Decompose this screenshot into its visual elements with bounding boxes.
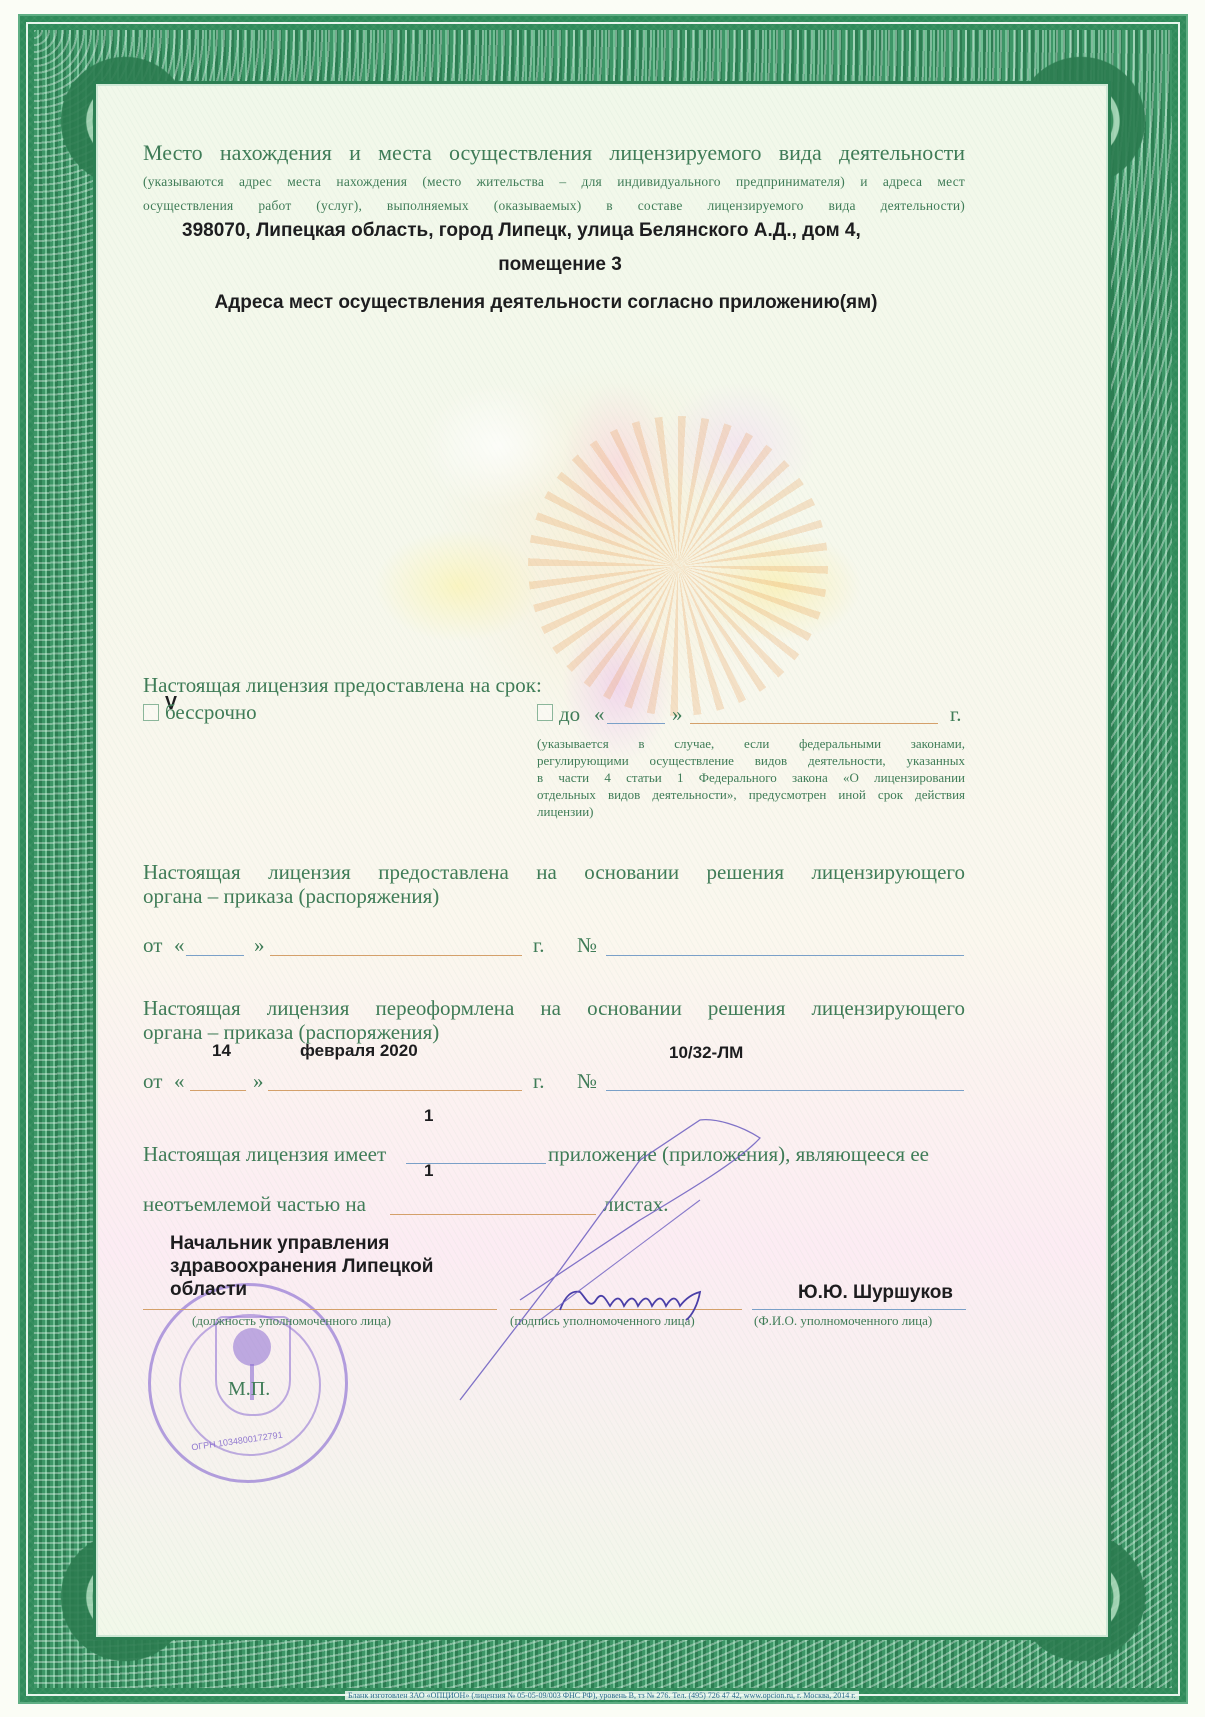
reissue-close-quote: » bbox=[253, 1069, 264, 1094]
reissue-open-quote: « bbox=[174, 1069, 185, 1094]
caption-signature: (подпись уполномоченного лица) bbox=[510, 1313, 695, 1329]
unlimited-checkbox[interactable] bbox=[143, 704, 159, 721]
position-line bbox=[143, 1309, 497, 1310]
term-note-line: в части 4 статьи 1 Федерального закона «… bbox=[537, 769, 965, 786]
basis-line-2: органа – приказа (распоряжения) bbox=[143, 884, 439, 909]
rosette-watermark-icon bbox=[528, 416, 828, 716]
until-close-quote: » bbox=[672, 702, 683, 727]
basis-year-suffix: г. bbox=[533, 933, 545, 958]
appendix-line-2-prefix: неотъемлемой частью на bbox=[143, 1192, 366, 1217]
reissue-day-value: 14 bbox=[212, 1041, 231, 1061]
basis-close-quote: » bbox=[254, 933, 265, 958]
term-note-line: отдельных видов деятельности», предусмот… bbox=[537, 786, 965, 803]
address-line-3: Адреса мест осуществления деятельности с… bbox=[0, 292, 1092, 314]
reissue-year-suffix: г. bbox=[533, 1069, 545, 1094]
until-day-field[interactable] bbox=[607, 723, 665, 724]
reissue-number-field[interactable] bbox=[606, 1090, 964, 1091]
appendix-count-value: 1 bbox=[424, 1106, 433, 1126]
sheet-count-value: 1 bbox=[424, 1161, 433, 1181]
term-note-line: лицензии) bbox=[537, 803, 965, 820]
name-line bbox=[752, 1309, 966, 1310]
appendix-line-1-prefix: Настоящая лицензия имеет bbox=[143, 1142, 386, 1167]
term-note-line: (указывается в случае, если федеральными… bbox=[537, 735, 965, 752]
reissue-number-value: 10/32-ЛМ bbox=[669, 1043, 743, 1063]
reissue-from-label: от bbox=[143, 1069, 162, 1094]
address-line-1: 398070, Липецкая область, город Липецк, … bbox=[182, 220, 861, 242]
caption-position: (должность уполномоченного лица) bbox=[192, 1313, 391, 1329]
basis-day-field[interactable] bbox=[186, 955, 244, 956]
until-month-year-field[interactable] bbox=[690, 723, 938, 724]
basis-month-year-field[interactable] bbox=[270, 955, 522, 956]
location-hint-line-1: (указываются адрес места нахождения (мес… bbox=[143, 174, 965, 190]
until-year-suffix: г. bbox=[950, 702, 962, 727]
sheet-count-field[interactable] bbox=[390, 1214, 596, 1215]
signer-position-line-3: области bbox=[170, 1278, 433, 1301]
reissue-month-year-field[interactable] bbox=[268, 1090, 522, 1091]
caption-name: (Ф.И.О. уполномоченного лица) bbox=[754, 1313, 932, 1329]
coat-of-arms-icon bbox=[215, 1316, 291, 1416]
appendix-line-2-suffix: листах. bbox=[603, 1192, 669, 1217]
basis-line-1: Настоящая лицензия предоставлена на осно… bbox=[143, 860, 965, 885]
location-hint-line-2: осуществления работ (услуг), выполняемых… bbox=[143, 198, 965, 214]
basis-number-label: № bbox=[577, 933, 597, 958]
until-open-quote: « bbox=[594, 702, 605, 727]
basis-from-label: от bbox=[143, 933, 162, 958]
reissue-day-field[interactable] bbox=[190, 1090, 246, 1091]
signer-position-line-2: здравоохранения Липецкой bbox=[170, 1255, 433, 1278]
tree-icon bbox=[233, 1328, 271, 1366]
signer-position: Начальник управления здравоохранения Лип… bbox=[170, 1232, 433, 1301]
seal-ogrn-text: ОГРН 1034800172791 bbox=[191, 1430, 283, 1453]
appendix-line-1-suffix: приложение (приложения), являющееся ее bbox=[548, 1142, 929, 1167]
until-date-checkbox[interactable] bbox=[537, 704, 553, 721]
signer-name: Ю.Ю. Шуршуков bbox=[798, 1282, 953, 1304]
address-line-2: помещение 3 bbox=[0, 254, 1120, 276]
term-note-line: регулирующими осуществление видов деятел… bbox=[537, 752, 965, 769]
seal-place-label: М.П. bbox=[228, 1378, 270, 1401]
unlimited-label: бессрочно bbox=[165, 700, 257, 725]
reissue-number-label: № bbox=[577, 1069, 597, 1094]
location-heading: Место нахождения и места осуществления л… bbox=[143, 140, 965, 166]
reissue-line-1: Настоящая лицензия переоформлена на осно… bbox=[143, 996, 965, 1021]
basis-open-quote: « bbox=[174, 933, 185, 958]
term-note: (указывается в случае, если федеральными… bbox=[537, 735, 965, 820]
signer-position-line-1: Начальник управления bbox=[170, 1232, 433, 1255]
term-label: Настоящая лицензия предоставлена на срок… bbox=[143, 673, 542, 698]
until-prefix: до bbox=[559, 702, 580, 727]
reissue-month-year-value: февраля 2020 bbox=[300, 1041, 418, 1061]
blank-manufacturer-print: Бланк изготовлен ЗАО «ОПЦИОН» (лицензия … bbox=[345, 1691, 859, 1700]
signature-line bbox=[510, 1309, 742, 1310]
basis-number-field[interactable] bbox=[606, 955, 964, 956]
